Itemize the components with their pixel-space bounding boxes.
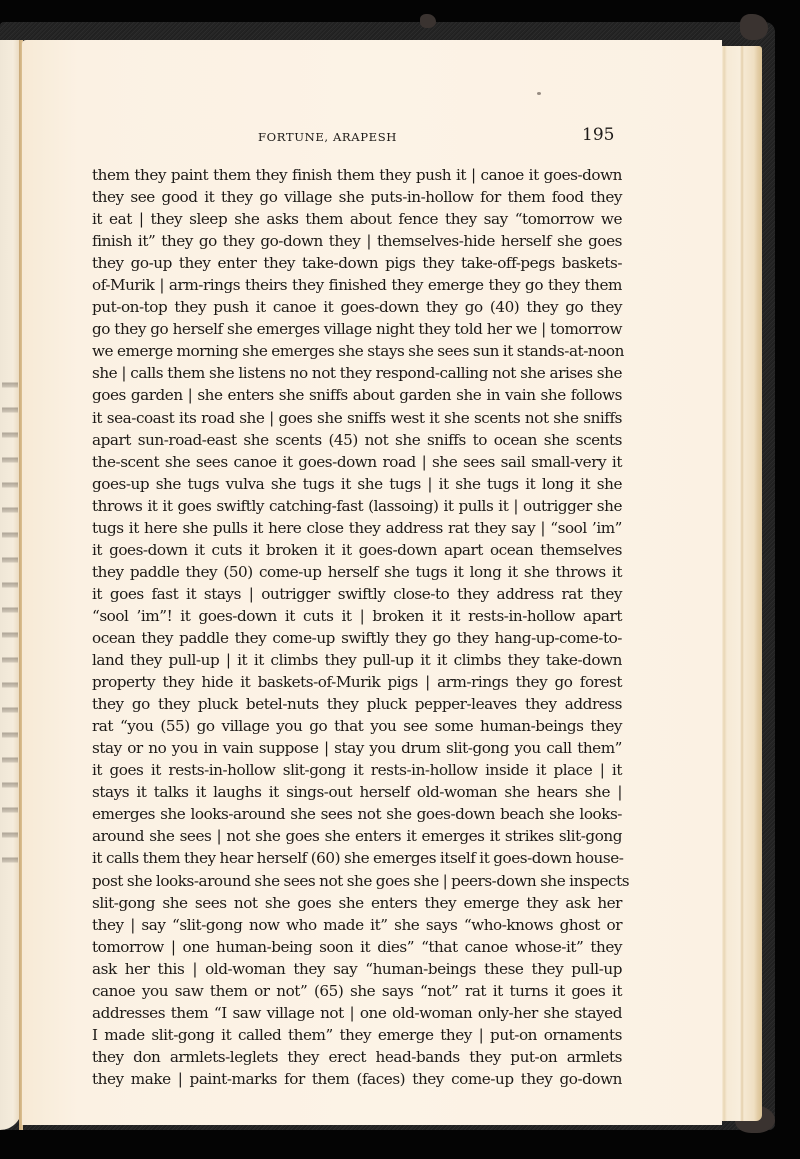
text-line: they paddle they (50) come-up herself sh… [92,561,622,583]
paper-speck [102,238,106,241]
text-line: stays it talks it laughs it sings-out he… [92,781,622,803]
text-line: around she sees | not she goes she enter… [92,825,622,847]
text-line: I made slit-gong it called them” they em… [92,1024,622,1046]
text-line: finish it” they go they go-down they | t… [92,230,622,252]
text-line: tugs it here she pulls it here close the… [92,517,622,539]
text-line: rat “you (55) go village you go that you… [92,715,622,737]
text-line: it goes it rests-in-hollow slit-gong it … [92,759,622,781]
text-line: stay or no you in vain suppose | stay yo… [92,737,622,759]
page-edges-stack [718,46,762,1121]
running-head: FORTUNE, ARAPESH [258,130,397,144]
text-line: them they paint them they finish them th… [92,164,622,186]
text-line: emerges she looks-around she sees not sh… [92,803,622,825]
text-line: they go-up they enter they take-down pig… [92,252,622,274]
text-line: they see good it they go village she put… [92,186,622,208]
body-text: them they paint them they finish them th… [92,164,622,1090]
text-line: they go they pluck betel-nuts they pluck… [92,693,622,715]
paper-speck [537,92,541,95]
text-line: “sool ’im”! it goes-down it cuts it | br… [92,605,622,627]
text-line: throws it it goes swiftly catching-fast … [92,495,622,517]
text-line: goes garden | she enters she sniffs abou… [92,384,622,406]
text-line: land they pull-up | it it climbs they pu… [92,649,622,671]
text-line: canoe you saw them or not” (65) she says… [92,980,622,1002]
text-line: it goes fast it stays | outrigger swiftl… [92,583,622,605]
text-line: apart sun-road-east she scents (45) not … [92,429,622,451]
text-line: it calls them they hear herself (60) she… [92,847,622,869]
text-line: it eat | they sleep she asks them about … [92,208,622,230]
text-line: it goes-down it cuts it broken it it goe… [92,539,622,561]
text-line: post she looks-around she sees not she g… [92,870,622,892]
text-line: put-on-top they push it canoe it goes-do… [92,296,622,318]
text-line: of-Murik | arm-rings theirs they finishe… [92,274,622,296]
text-line: addresses them “I saw village not | one … [92,1002,622,1024]
text-line: the-scent she sees canoe it goes-down ro… [92,451,622,473]
text-line: ask her this | old-woman they say “human… [92,958,622,980]
text-line: go they go herself she emerges village n… [92,318,622,340]
text-line: goes-up she tugs vulva she tugs it she t… [92,473,622,495]
text-line: they don armlets-leglets they erect head… [92,1046,622,1068]
book-page: FORTUNE, ARAPESH 195 them they paint the… [22,40,722,1125]
frayed-cloth [420,14,436,28]
text-line: slit-gong she sees not she goes she ente… [92,892,622,914]
frayed-cloth [740,14,768,40]
text-line: they make | paint-marks for them (faces)… [92,1068,622,1090]
text-line: they | say “slit-gong now who made it” s… [92,914,622,936]
page-number: 195 [582,125,614,145]
text-line: ocean they paddle they come-up swiftly t… [92,627,622,649]
text-line: it sea-coast its road she | goes she sni… [92,407,622,429]
page-content: FORTUNE, ARAPESH 195 them they paint the… [22,40,722,1125]
text-line: tomorrow | one human-being soon it dies”… [92,936,622,958]
text-line: property they hide it baskets-of-Murik p… [92,671,622,693]
text-line: we emerge morning she emerges she stays … [92,340,622,362]
book-photo: FORTUNE, ARAPESH 195 them they paint the… [0,0,800,1159]
facing-page-text-bleed [2,370,18,870]
text-line: she | calls them she listens no not they… [92,362,622,384]
